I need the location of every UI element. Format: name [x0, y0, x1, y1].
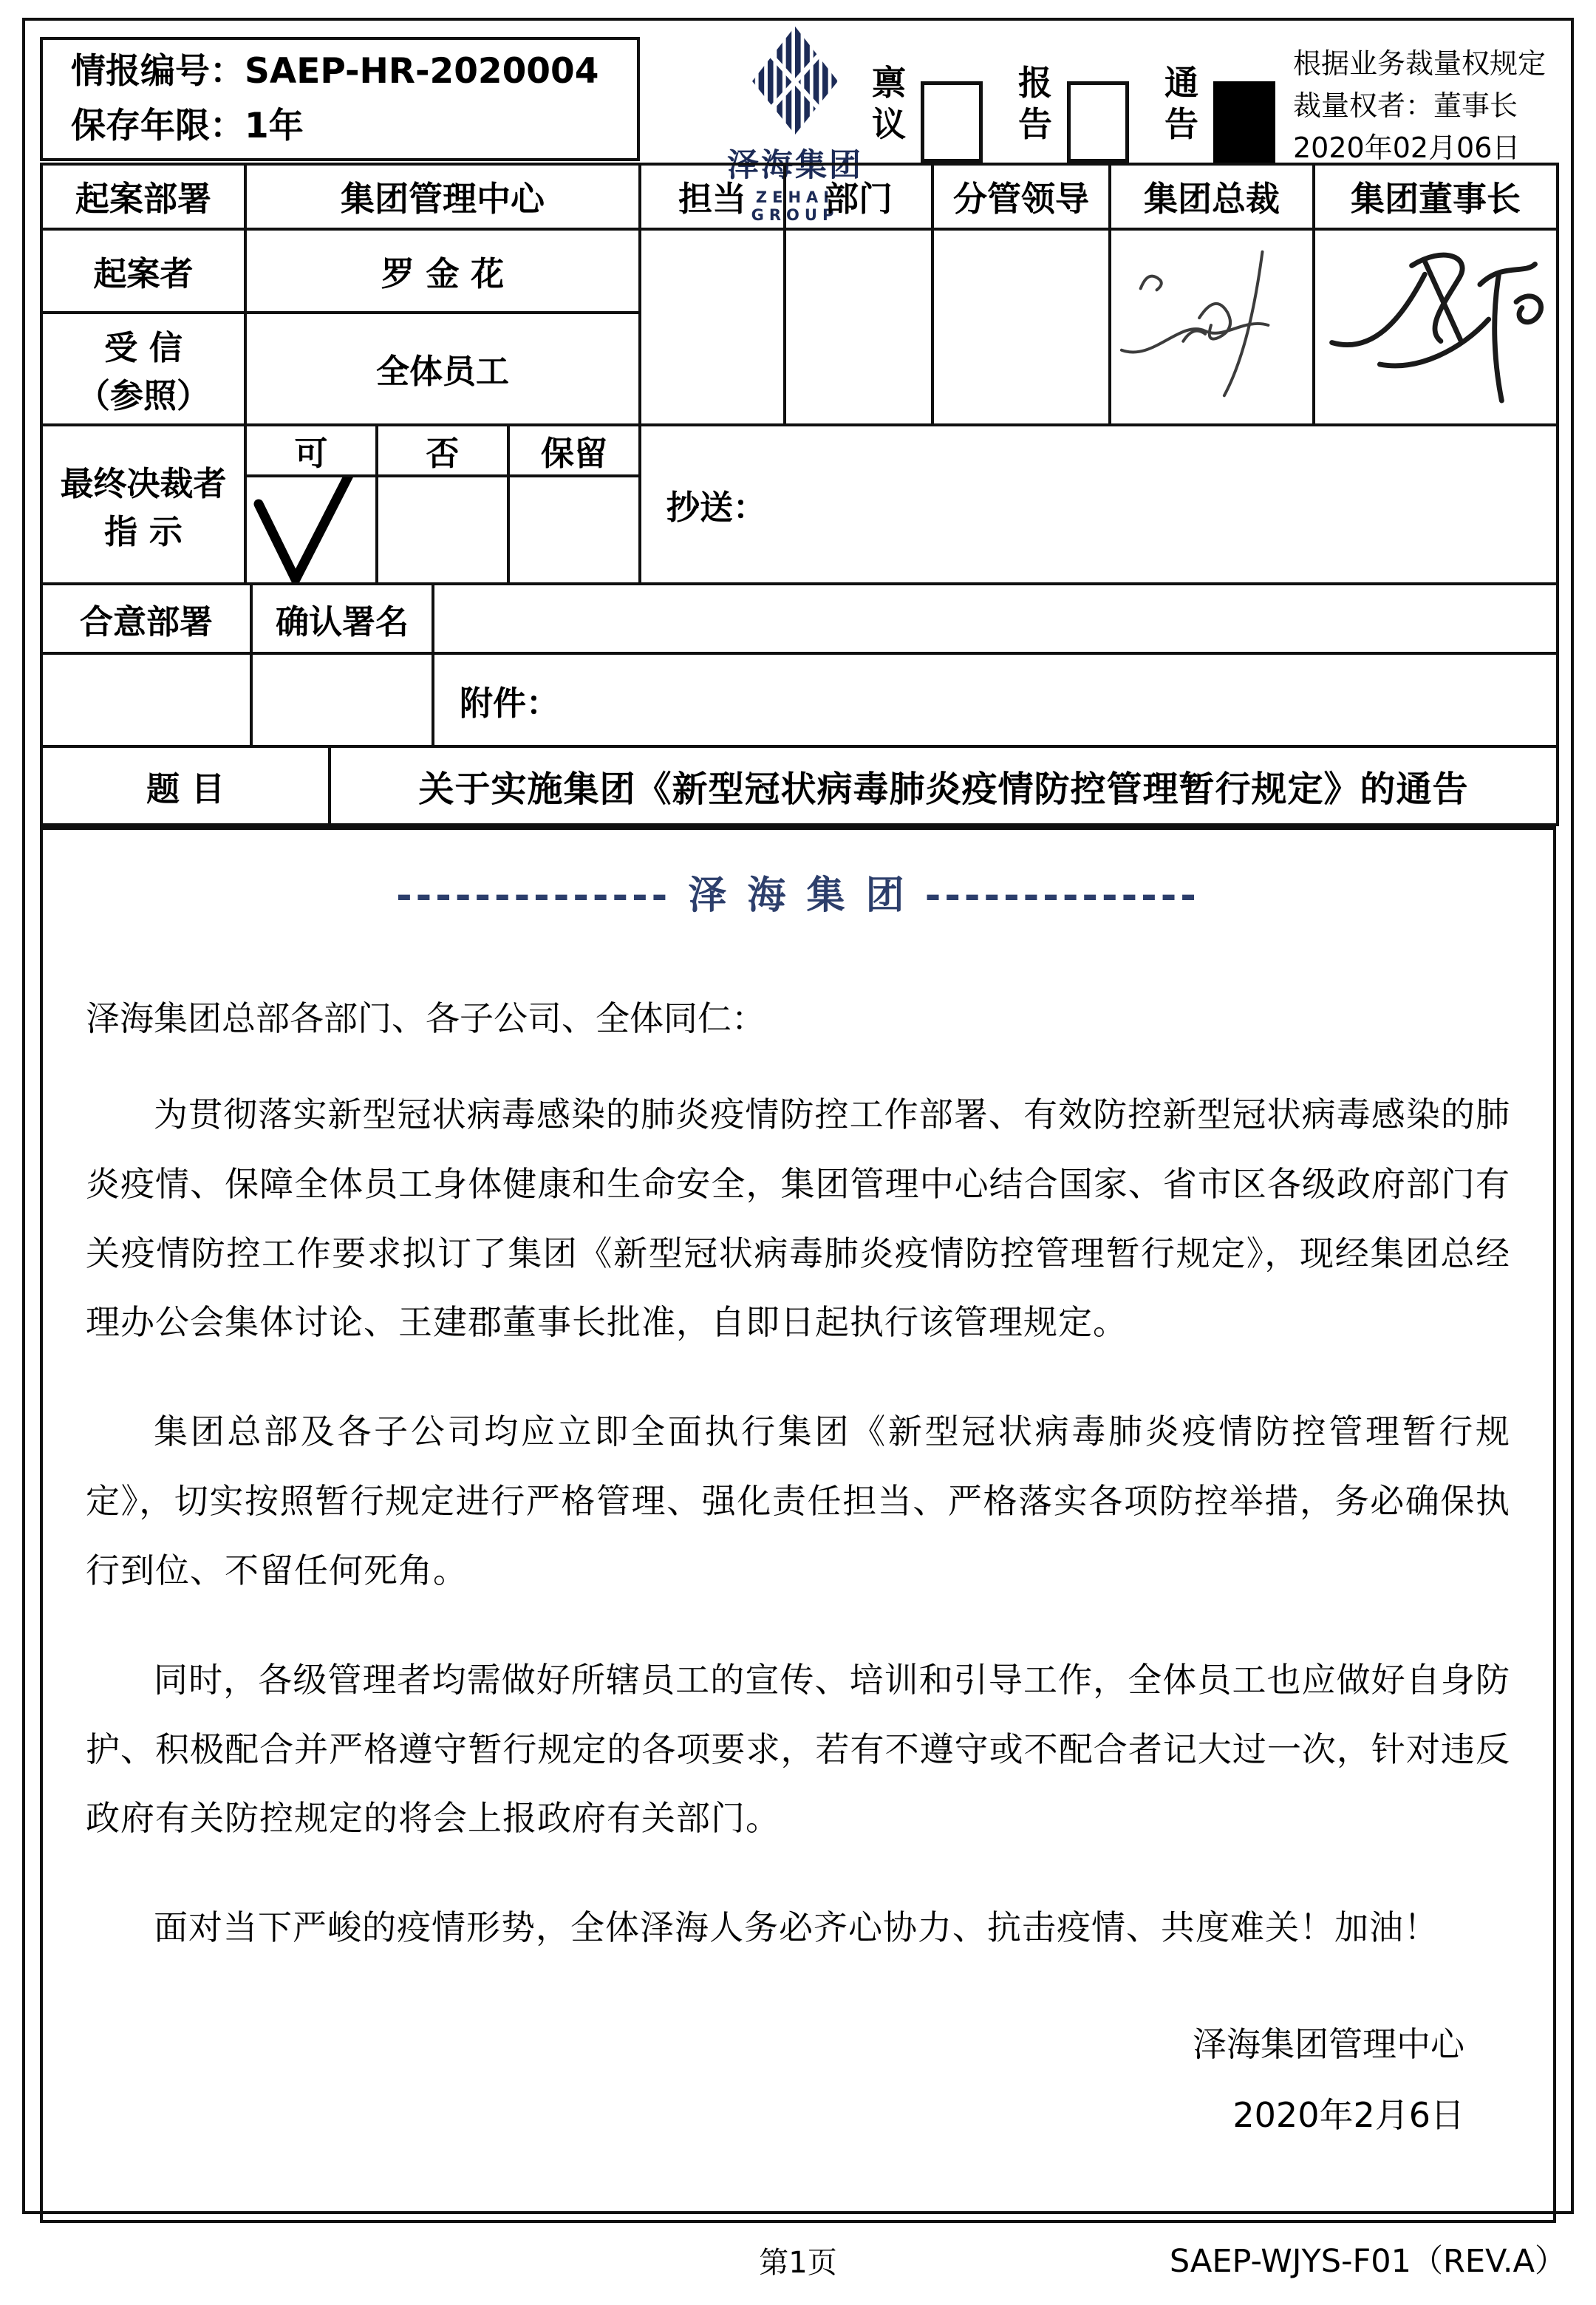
- doc-type-options: 禀议 报告 通告: [872, 49, 1311, 163]
- retention-label: 保存年限: [71, 106, 210, 146]
- agreement-header-row: 合意部署 确认署名: [41, 584, 1558, 653]
- subject-table: 题 目 关于实施集团《新型冠状病毒肺炎疫情防控管理暂行规定》的通告: [40, 745, 1559, 826]
- doc-type-baogao-label: 报告: [1018, 62, 1057, 163]
- attachment-label: 附件：: [460, 684, 559, 723]
- group-name-banner: -------------- 泽 海 集 团 --------------: [86, 864, 1510, 919]
- signoff-date: 2020年2月6日: [86, 2080, 1464, 2151]
- document-page: 情报编号：SAEP-HR-2020004 保存年限：1年 泽海集团 ZEHAI …: [0, 0, 1596, 2305]
- cc-cell: 抄送：: [640, 425, 1558, 584]
- header-president: 集团总裁: [1110, 164, 1314, 229]
- header-originating-dept: 起案部署: [41, 164, 245, 229]
- option-reject: 否: [377, 425, 508, 476]
- approval-grid: 起案部署 集团管理中心 担当 部门 分管领导 集团总裁 集团董事长 起案者 罗 …: [40, 163, 1556, 2223]
- approval-table-top: 起案部署 集团管理中心 担当 部门 分管领导 集团总裁 集团董事长 起案者 罗 …: [40, 163, 1559, 426]
- paragraph-1: 为贯彻落实新型冠状病毒感染的肺炎疫情防控工作部署、有效防控新型冠状病毒感染的肺炎…: [86, 1080, 1510, 1358]
- form-number: SAEP-WJYS-F01（REV.A）: [1170, 2236, 1566, 2281]
- signoff-org: 泽海集团管理中心: [86, 2009, 1464, 2080]
- notice-body: -------------- 泽 海 集 团 -------------- 泽海…: [40, 823, 1556, 2223]
- decision-option-header-row: 最终决裁者 指 示 可 否 保留 抄送：: [41, 425, 1558, 476]
- doc-number-line: 情报编号：SAEP-HR-2020004: [71, 44, 637, 99]
- hold-mark-cell: [508, 476, 640, 584]
- agreement-signature-area: [433, 584, 1558, 653]
- recipient-label: 受 信 （参照）: [41, 313, 245, 425]
- subject-label: 题 目: [41, 746, 330, 825]
- agreement-empty-cell: [41, 653, 251, 746]
- president-signature: [1113, 231, 1311, 415]
- in-charge-cell-empty: [640, 229, 785, 425]
- authority-line-1: 根据业务裁量权规定: [1293, 43, 1568, 85]
- header-in-charge: 担当: [640, 164, 785, 229]
- doc-type-tonggao: 通告: [1164, 49, 1275, 163]
- attachment-row: 附件：: [41, 653, 1558, 746]
- paragraph-2: 集团总部及各子公司均应立即全面执行集团《新型冠状病毒肺炎疫情防控管理暂行规定》，…: [86, 1397, 1510, 1605]
- final-decision-label: 最终决裁者 指 示: [41, 425, 245, 584]
- department-cell-empty: [785, 229, 932, 425]
- option-approve: 可: [245, 425, 377, 476]
- approve-mark-cell: [245, 476, 377, 584]
- leader-cell-empty: [932, 229, 1110, 425]
- table-header-row: 起案部署 集团管理中心 担当 部门 分管领导 集团总裁 集团董事长: [41, 164, 1558, 229]
- chairman-signature: [1316, 231, 1555, 415]
- doc-type-baogao: 报告: [1018, 49, 1129, 163]
- doc-type-tonggao-checkbox-checked: [1213, 81, 1275, 163]
- decision-table: 最终决裁者 指 示 可 否 保留 抄送：: [40, 423, 1559, 585]
- originator-label: 起案者: [41, 229, 245, 313]
- header-chairman: 集团董事长: [1314, 164, 1558, 229]
- salutation: 泽海集团总部各部门、各子公司、全体同仁：: [86, 992, 1510, 1041]
- header-mgmt-center: 集团管理中心: [245, 164, 640, 229]
- retention-line: 保存年限：1年: [71, 99, 637, 154]
- doc-type-bingyi-label: 禀议: [872, 62, 910, 163]
- originator-row: 起案者 罗 金 花: [41, 229, 1558, 313]
- doc-meta-box: 情报编号：SAEP-HR-2020004 保存年限：1年: [40, 37, 640, 161]
- chairman-signature-cell: [1314, 229, 1558, 425]
- doc-number-value: SAEP-HR-2020004: [245, 51, 598, 92]
- retention-value: 1年: [245, 106, 304, 146]
- recipient-value: 全体员工: [245, 313, 640, 425]
- zehai-diamond-logo-icon: [748, 24, 842, 136]
- authority-note: 根据业务裁量权规定 裁量权者：董事长 2020年02月06日: [1293, 43, 1568, 169]
- authority-line-2: 裁量权者：董事长: [1293, 85, 1568, 127]
- cc-label: 抄送：: [666, 488, 766, 527]
- subject-row: 题 目 关于实施集团《新型冠状病毒肺炎疫情防控管理暂行规定》的通告: [41, 746, 1558, 825]
- paragraph-4: 面对当下严峻的疫情形势，全体泽海人务必齐心协力、抗击疫情、共度难关！加油！: [86, 1893, 1510, 1963]
- page-border-frame: 情报编号：SAEP-HR-2020004 保存年限：1年 泽海集团 ZEHAI …: [22, 18, 1574, 2214]
- header-department: 部门: [785, 164, 932, 229]
- originator-value: 罗 金 花: [245, 229, 640, 313]
- header-leader: 分管领导: [932, 164, 1110, 229]
- agreement-label: 合意部署: [41, 584, 251, 653]
- doc-type-tonggao-label: 通告: [1164, 62, 1203, 163]
- confirm-signature-label: 确认署名: [251, 584, 433, 653]
- paragraph-3: 同时，各级管理者均需做好所辖员工的宣传、培训和引导工作，全体员工也应做好自身防护…: [86, 1646, 1510, 1853]
- doc-number-label: 情报编号: [71, 51, 210, 92]
- subject-title: 关于实施集团《新型冠状病毒肺炎疫情防控管理暂行规定》的通告: [330, 746, 1558, 825]
- president-signature-cell: [1110, 229, 1314, 425]
- confirm-empty-cell: [251, 653, 433, 746]
- approve-check-mark: [253, 476, 368, 584]
- reject-mark-cell: [377, 476, 508, 584]
- signoff-block: 泽海集团管理中心 2020年2月6日: [86, 2009, 1510, 2151]
- option-hold: 保留: [508, 425, 640, 476]
- agreement-table: 合意部署 确认署名 附件：: [40, 582, 1559, 748]
- doc-type-bingyi: 禀议: [872, 49, 983, 163]
- doc-type-baogao-checkbox: [1067, 81, 1129, 163]
- attachment-cell: 附件：: [433, 653, 1558, 746]
- doc-type-bingyi-checkbox: [921, 81, 983, 163]
